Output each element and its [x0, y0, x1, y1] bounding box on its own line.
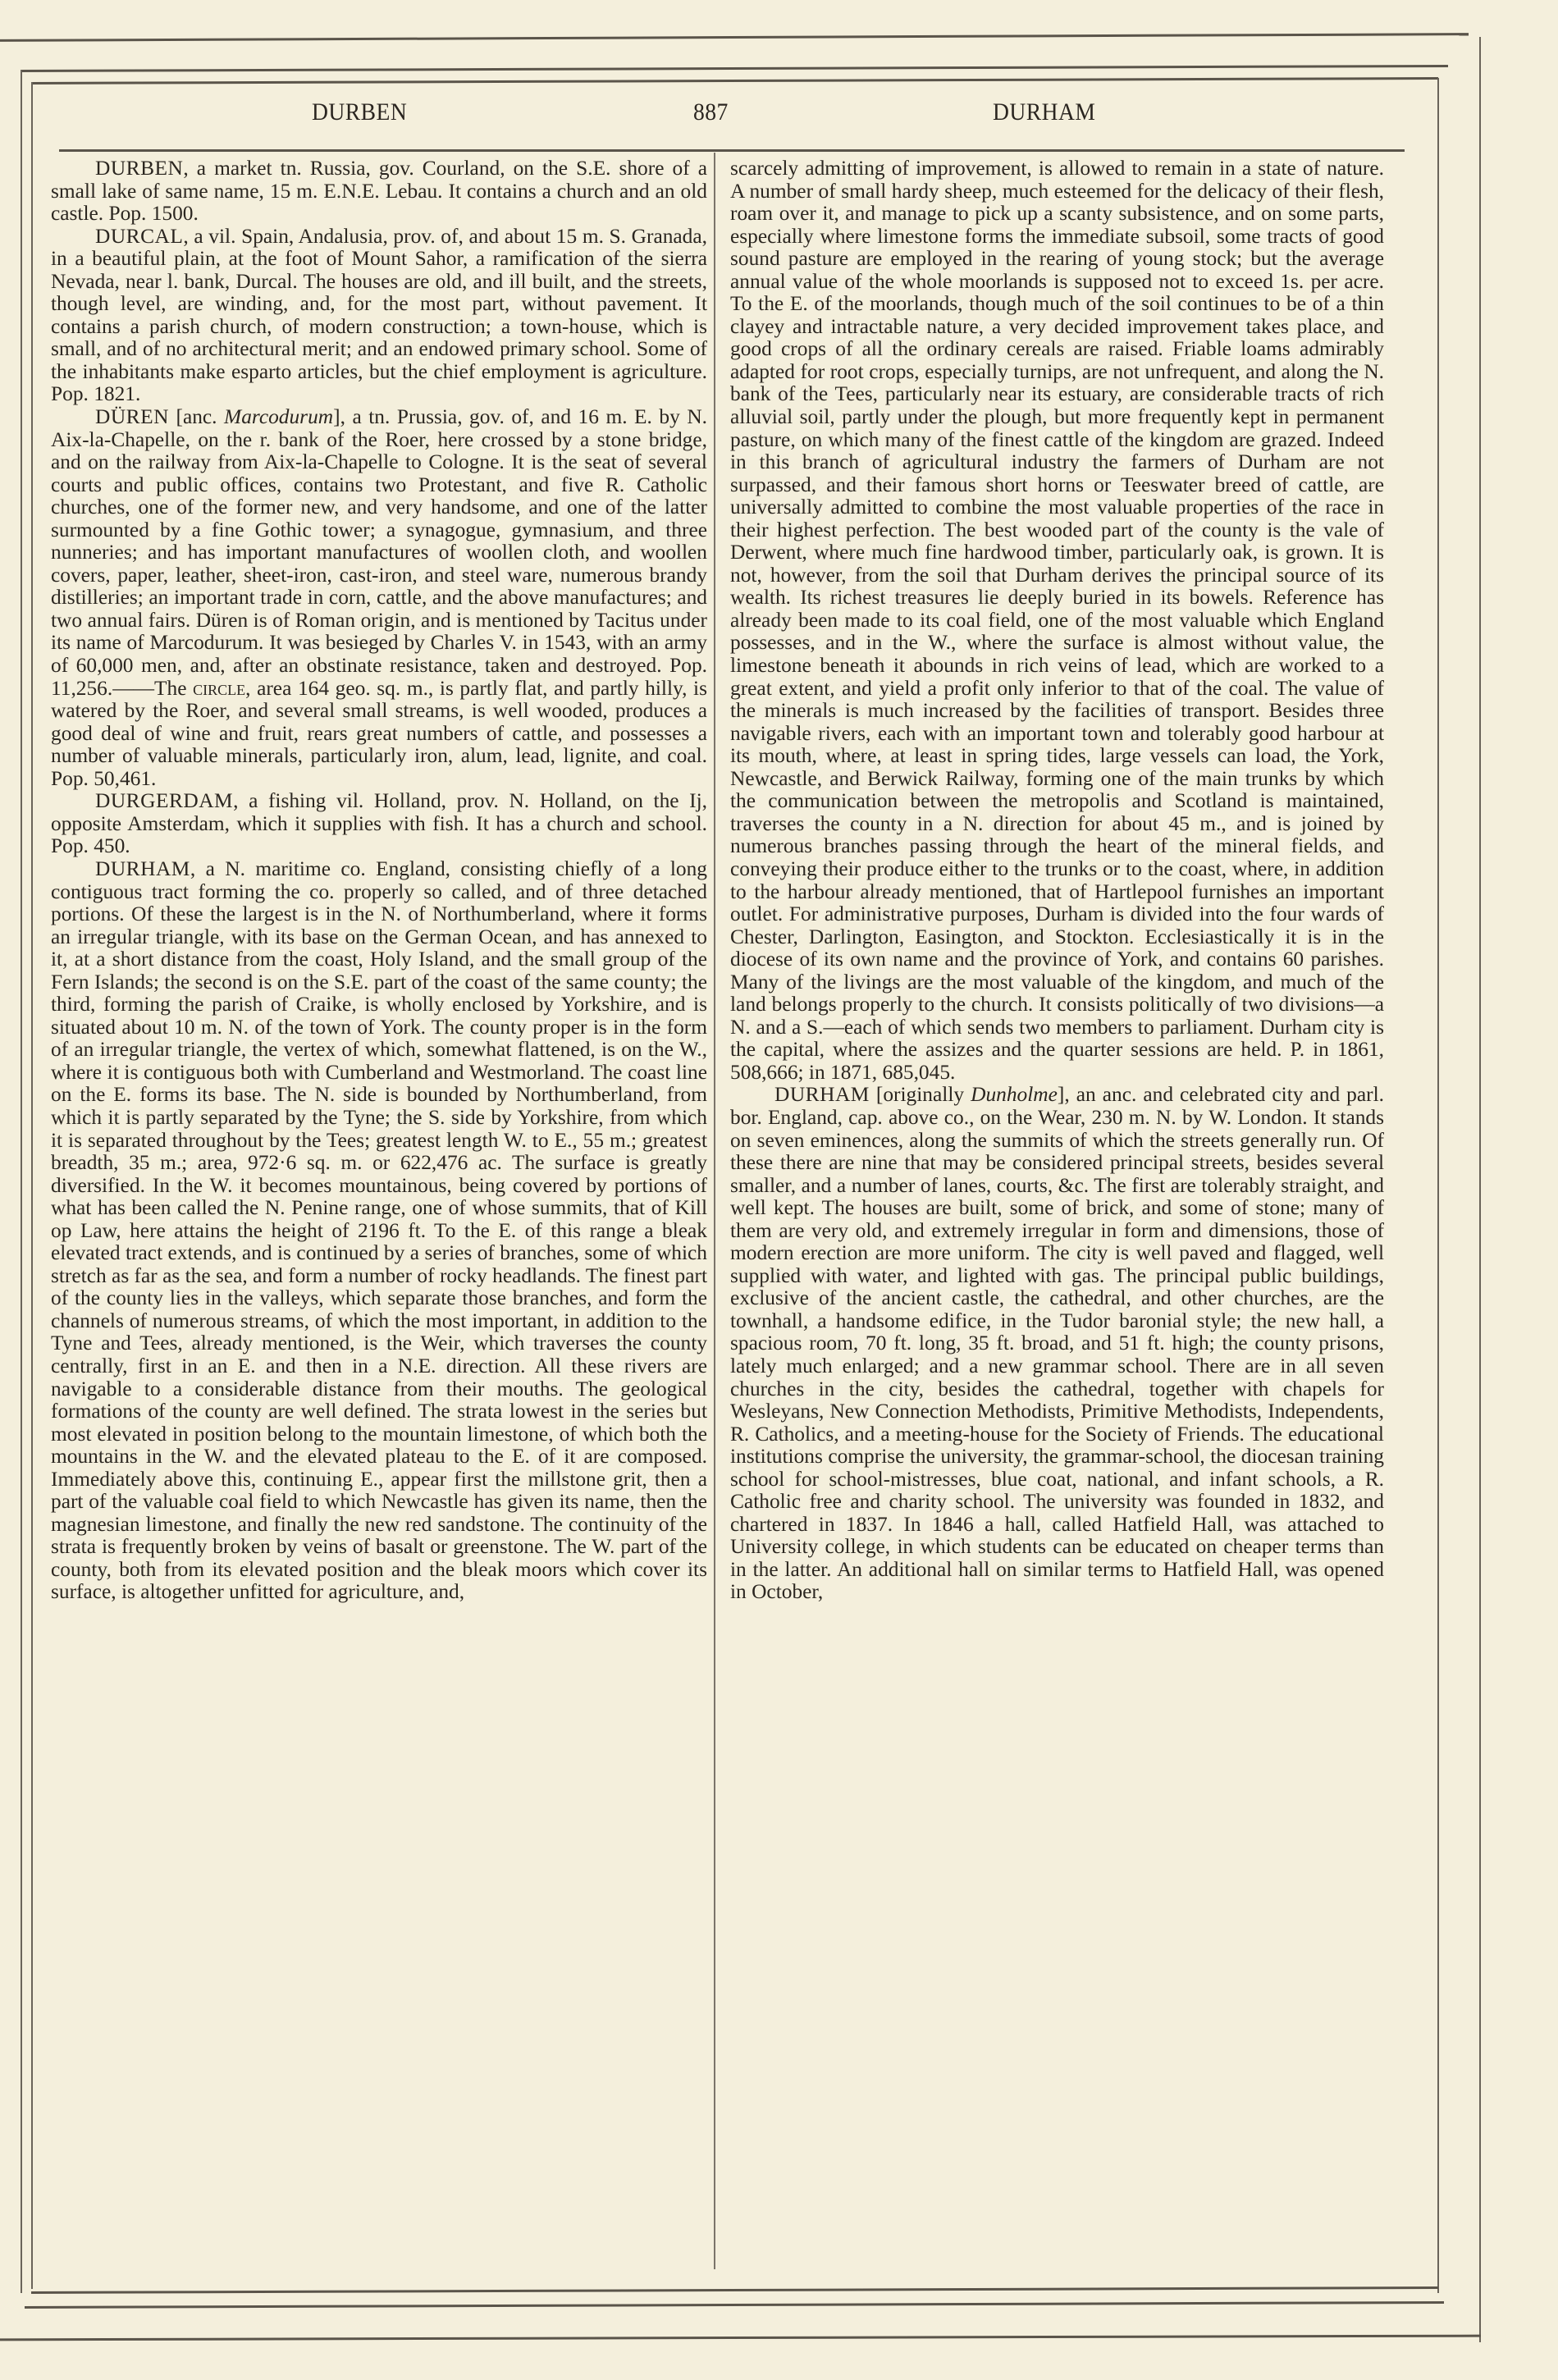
entry-text: , a tn. Prussia, gov. of, and 16 m. E. b…: [51, 405, 707, 700]
etymology-italic: Dunholme: [971, 1083, 1058, 1106]
headword: DURHAM: [95, 857, 190, 880]
footer-inner-rule: [31, 2286, 1438, 2293]
right-column: scarcely admitting of improvement, is al…: [730, 158, 1384, 1604]
etymology-italic: Marcodurum: [224, 405, 333, 428]
entry-text: , a N. maritime co. England, consisting …: [51, 857, 707, 1604]
frame-top-inner-rule: [21, 65, 1448, 72]
headword: DURHAM: [774, 1083, 870, 1106]
headword: DURBEN: [95, 157, 183, 180]
entry-text: , an anc. and celebrated city and parl. …: [730, 1083, 1384, 1603]
header-bottom-rule: [59, 149, 1405, 152]
page-number: 887: [693, 98, 729, 126]
entry-text: scarcely admitting of improvement, is al…: [730, 157, 1384, 1084]
entry-duren: DÜREN [anc. Marcodurum], a tn. Prussia, …: [51, 406, 707, 790]
headword: DURCAL: [95, 225, 183, 248]
headword: DURGERDAM: [95, 789, 233, 812]
etymology-prefix: [anc.: [169, 405, 224, 428]
etymology-suffix: ]: [333, 405, 340, 428]
running-header: DURBEN 887 DURHAM: [33, 98, 1460, 148]
header-top-rule: [31, 77, 1438, 84]
frame-right-inner-line: [1437, 78, 1439, 2293]
frame-left-inner-line: [31, 82, 33, 2289]
etymology-prefix: [originally: [870, 1083, 971, 1106]
entry-durham-county-continued: scarcely admitting of improvement, is al…: [730, 158, 1384, 1084]
running-head-left: DURBEN: [312, 98, 407, 126]
entry-durham-city: DURHAM [originally Dunholme], an anc. an…: [730, 1084, 1384, 1604]
frame-top-outer-rule: [0, 33, 1469, 42]
entry-durgerdam: DURGERDAM, a fishing vil. Holland, prov.…: [51, 790, 707, 858]
frame-right-outer-line: [1479, 37, 1481, 2342]
column-divider: [714, 153, 715, 2269]
footer-page-rule: [0, 2335, 1481, 2341]
left-column: DURBEN, a market tn. Russia, gov. Courla…: [51, 158, 707, 1604]
footer-outer-rule: [25, 2301, 1444, 2309]
entry-text: , a vil. Spain, Andalusia, prov. of, and…: [51, 225, 707, 406]
frame-left-outer-line: [21, 70, 22, 2293]
entry-durcal: DURCAL, a vil. Spain, Andalusia, prov. o…: [51, 226, 707, 406]
small-caps-term: circle: [193, 677, 245, 700]
entry-durben: DURBEN, a market tn. Russia, gov. Courla…: [51, 158, 707, 226]
running-head-right: DURHAM: [993, 98, 1095, 126]
entry-durham-county: DURHAM, a N. maritime co. England, consi…: [51, 858, 707, 1604]
headword: DÜREN: [95, 405, 169, 428]
